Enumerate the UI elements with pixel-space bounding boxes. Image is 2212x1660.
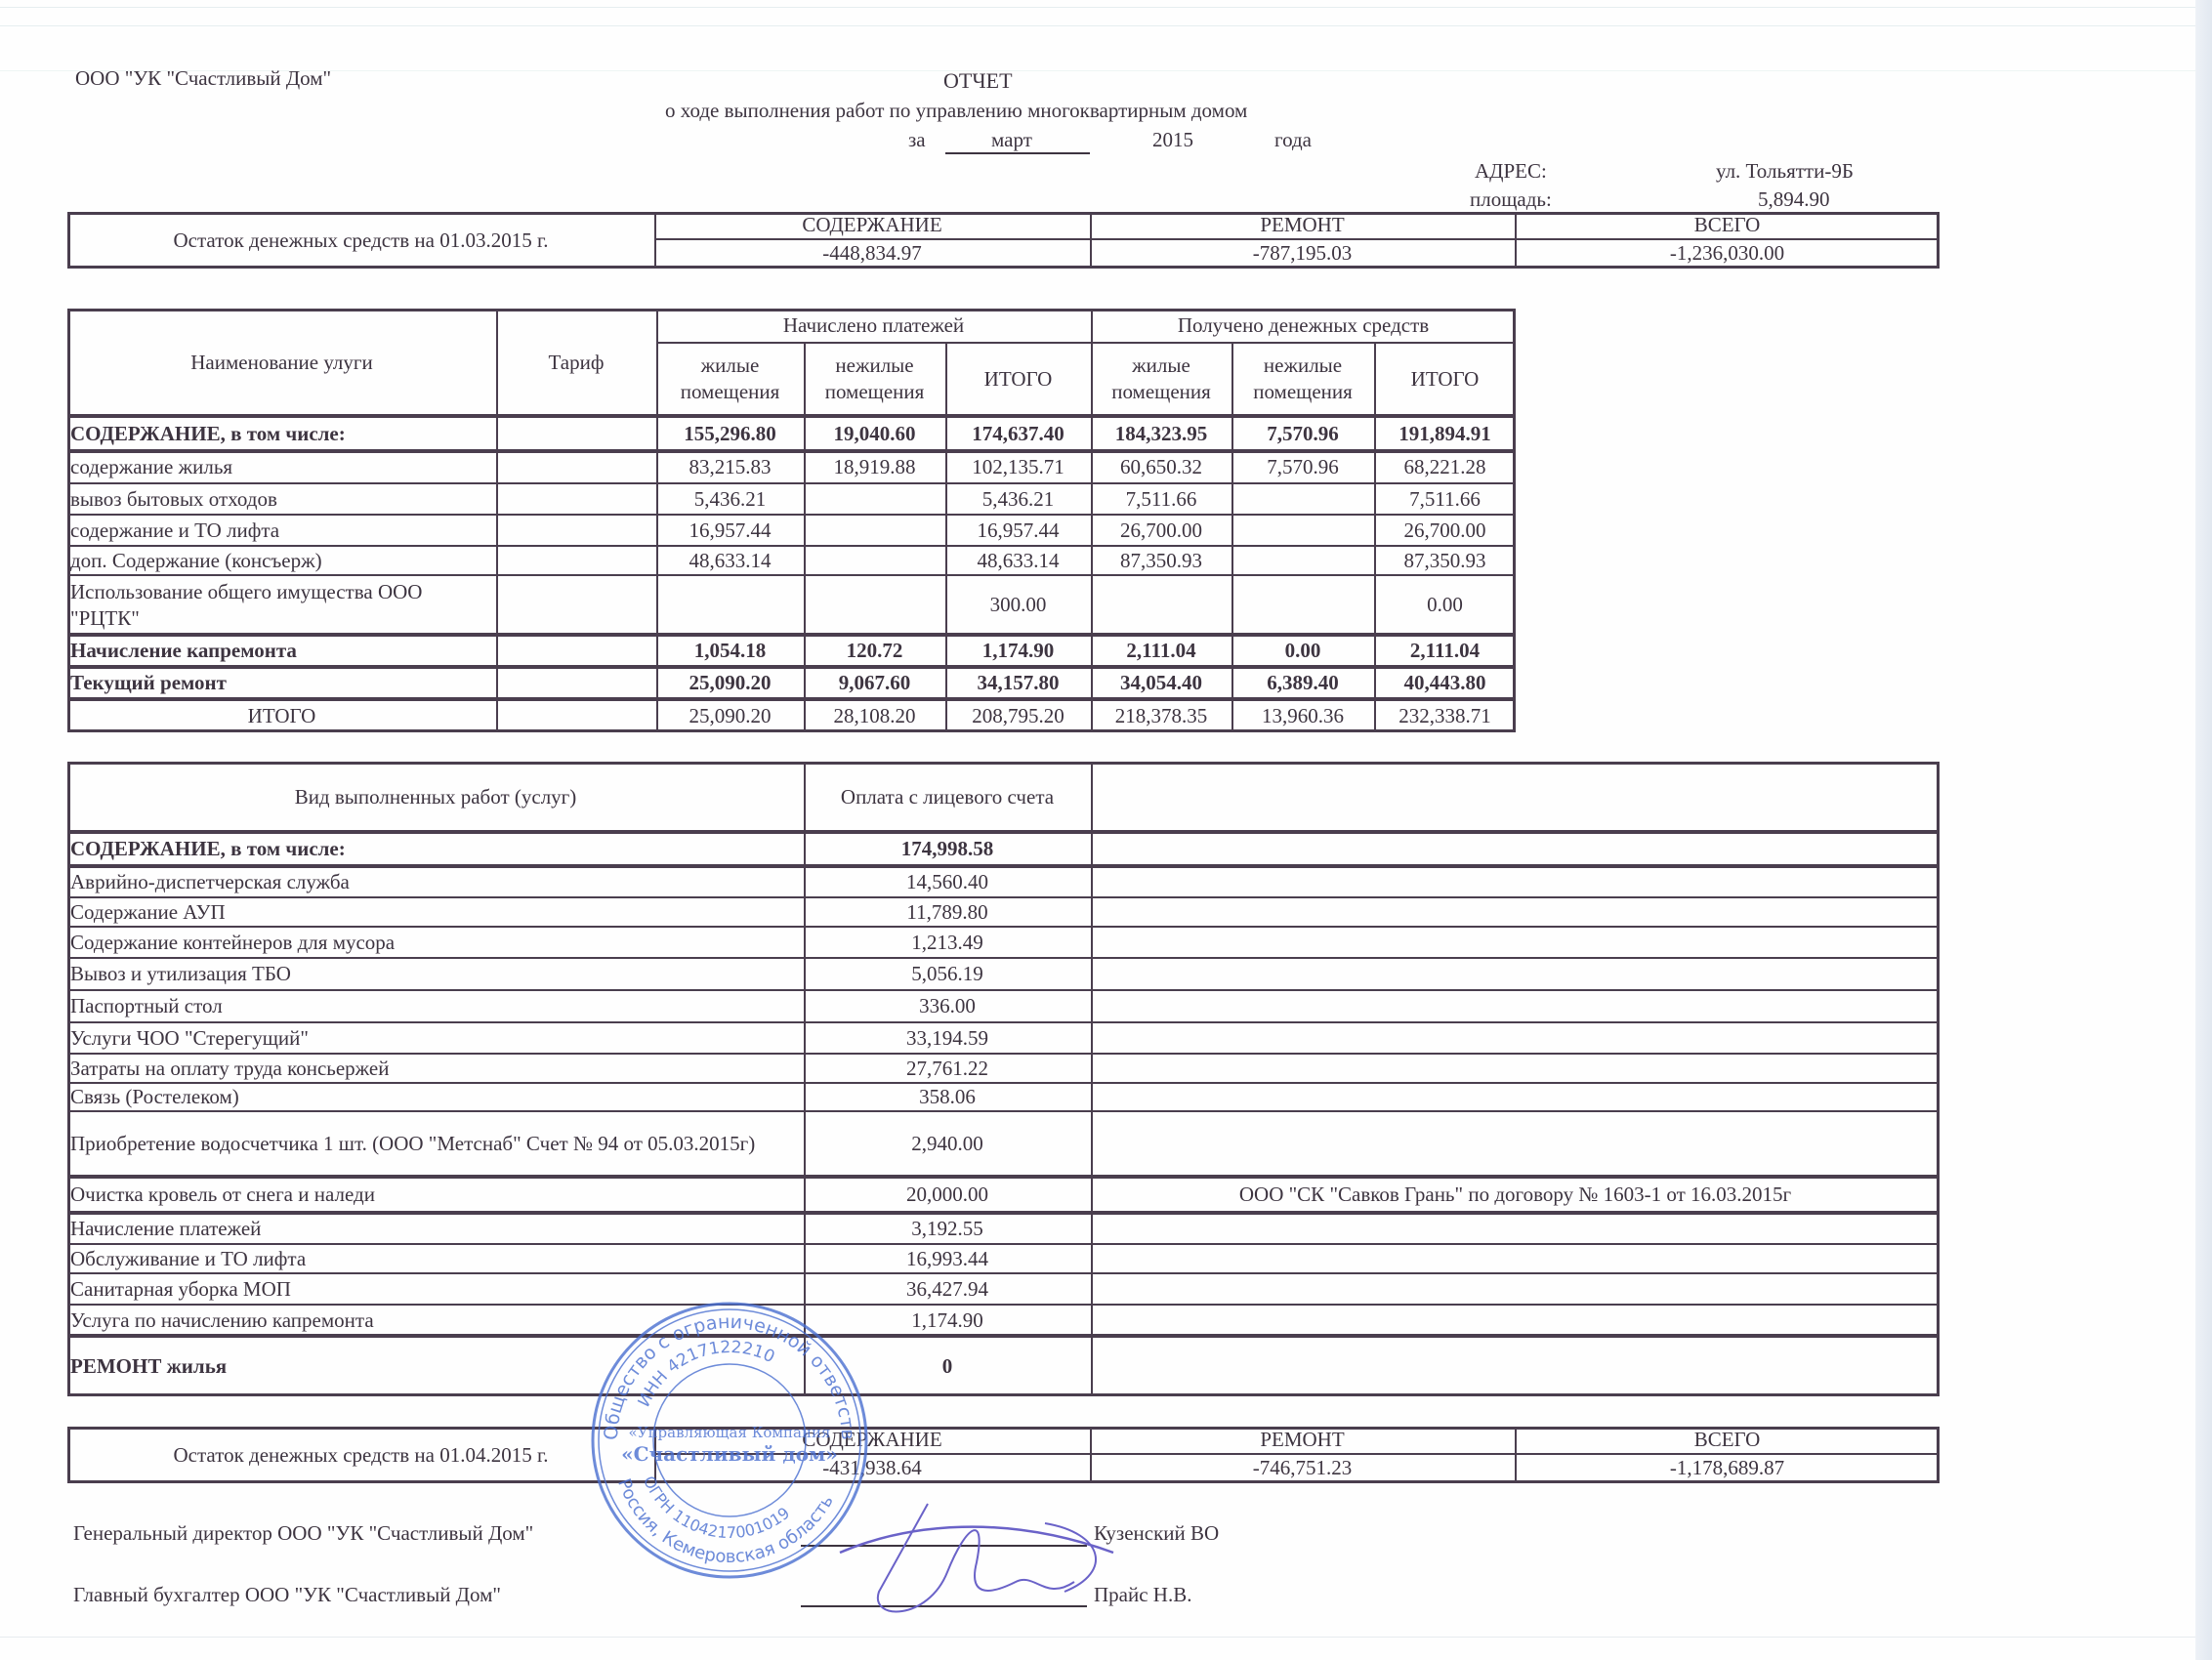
balance-label: Остаток денежных средств на 01.04.2015 г… — [67, 1427, 654, 1483]
balance-value: -746,751.23 — [1090, 1453, 1515, 1483]
work-note — [1091, 866, 1940, 897]
director-role: Генеральный директор ООО "УК "Счастливый… — [73, 1523, 533, 1544]
amount-c-res: 83,215.83 — [656, 451, 804, 483]
company-name: ООО "УК "Счастливый Дом" — [75, 68, 331, 89]
amount-r-res: 26,700.00 — [1091, 515, 1231, 546]
header-non-residential: нежилые помещения — [804, 342, 945, 416]
amount-r-non: 13,960.36 — [1231, 699, 1374, 732]
amount-c-total: 16,957.44 — [945, 515, 1091, 546]
header-total: ИТОГО — [945, 342, 1091, 416]
period-underline — [945, 152, 1090, 154]
work-note: ООО "СК "Савков Грань" по договору № 160… — [1091, 1177, 1940, 1213]
work-name: Затраты на оплату труда консьержей — [67, 1054, 804, 1083]
work-note — [1091, 1336, 1940, 1396]
work-note — [1091, 1022, 1940, 1054]
work-name: Содержание контейнеров для мусора — [67, 927, 804, 958]
amount-r-res: 184,323.95 — [1091, 416, 1231, 451]
amount-c-total: 34,157.80 — [945, 667, 1091, 699]
work-name: Очистка кровель от снега и наледи — [67, 1177, 804, 1213]
amount-c-non: 120.72 — [804, 635, 945, 667]
work-note — [1091, 1244, 1940, 1273]
work-amount: 2,940.00 — [804, 1111, 1091, 1177]
svg-text:«Счастливый дом»: «Счастливый дом» — [621, 1442, 838, 1466]
balance-column-header: ВСЕГО — [1515, 1427, 1940, 1453]
tariff-value — [496, 699, 656, 732]
amount-r-total: 2,111.04 — [1374, 635, 1516, 667]
amount-r-total: 40,443.80 — [1374, 667, 1516, 699]
header-tariff: Тариф — [496, 309, 656, 416]
work-amount: 5,056.19 — [804, 958, 1091, 990]
report-subtitle: о ходе выполнения работ по управлению мн… — [665, 101, 1247, 121]
service-name: содержание и ТО лифта — [67, 515, 496, 546]
amount-r-non — [1231, 546, 1374, 575]
work-note — [1091, 832, 1940, 866]
amount-r-total: 87,350.93 — [1374, 546, 1516, 575]
amount-r-total: 26,700.00 — [1374, 515, 1516, 546]
work-name: СОДЕРЖАНИЕ, в том числе: — [67, 832, 804, 866]
work-note — [1091, 958, 1940, 990]
work-amount: 174,998.58 — [804, 832, 1091, 866]
service-name: вывоз бытовых отходов — [67, 483, 496, 515]
tariff-value — [496, 416, 656, 451]
work-note — [1091, 1213, 1940, 1244]
service-name: СОДЕРЖАНИЕ, в том числе: — [67, 416, 496, 451]
amount-r-total: 7,511.66 — [1374, 483, 1516, 515]
work-name: Вывоз и утилизация ТБО — [67, 958, 804, 990]
work-amount: 27,761.22 — [804, 1054, 1091, 1083]
service-name: ИТОГО — [67, 699, 496, 732]
work-name: Паспортный стол — [67, 990, 804, 1022]
area-value: 5,894.90 — [1758, 189, 1830, 210]
work-amount: 336.00 — [804, 990, 1091, 1022]
work-name: Начисление платежей — [67, 1213, 804, 1244]
amount-c-total: 174,637.40 — [945, 416, 1091, 451]
scan-line — [0, 7, 2195, 8]
amount-r-non — [1231, 515, 1374, 546]
amount-c-non: 9,067.60 — [804, 667, 945, 699]
work-note — [1091, 1273, 1940, 1305]
amount-r-res: 2,111.04 — [1091, 635, 1231, 667]
balance-column-header: РЕМОНТ — [1090, 1427, 1515, 1453]
period-year: 2015 — [1152, 130, 1193, 150]
work-name: Услуги ЧОО "Стерегущий" — [67, 1022, 804, 1054]
balance-label: Остаток денежных средств на 01.03.2015 г… — [67, 212, 654, 269]
balance-value: -787,195.03 — [1090, 238, 1515, 269]
work-amount: 16,993.44 — [804, 1244, 1091, 1273]
work-amount: 3,192.55 — [804, 1213, 1091, 1244]
amount-c-non — [804, 575, 945, 635]
amount-c-non: 19,040.60 — [804, 416, 945, 451]
period-prefix: за — [908, 130, 926, 150]
header-payment: Оплата с лицевого счета — [804, 762, 1091, 832]
amount-r-non: 7,570.96 — [1231, 451, 1374, 483]
scan-line — [0, 1637, 2195, 1638]
period-suffix: года — [1274, 130, 1312, 150]
period-month: март — [991, 130, 1032, 150]
tariff-value — [496, 515, 656, 546]
amount-c-total: 5,436.21 — [945, 483, 1091, 515]
amount-r-total: 232,338.71 — [1374, 699, 1516, 732]
work-name: Содержание АУП — [67, 897, 804, 927]
area-label: площадь: — [1470, 189, 1552, 210]
amount-c-total: 1,174.90 — [945, 635, 1091, 667]
header-total: ИТОГО — [1374, 342, 1516, 416]
report-title: ОТЧЕТ — [943, 70, 1013, 92]
amount-r-res: 218,378.35 — [1091, 699, 1231, 732]
service-name: содержание жилья — [67, 451, 496, 483]
accountant-role: Главный бухгалтер ООО "УК "Счастливый До… — [73, 1585, 501, 1605]
work-name: Связь (Ростелеком) — [67, 1083, 804, 1111]
work-name: Приобретение водосчетчика 1 шт. (ООО "Ме… — [67, 1111, 804, 1177]
work-amount: 358.06 — [804, 1083, 1091, 1111]
tariff-value — [496, 546, 656, 575]
amount-r-total: 68,221.28 — [1374, 451, 1516, 483]
work-amount: 14,560.40 — [804, 866, 1091, 897]
balance-value: -448,834.97 — [654, 238, 1090, 269]
amount-c-res: 155,296.80 — [656, 416, 804, 451]
work-name: Аврийно-диспетчерская служба — [67, 866, 804, 897]
amount-c-total: 102,135.71 — [945, 451, 1091, 483]
service-name: доп. Содержание (консъерж) — [67, 546, 496, 575]
tariff-value — [496, 635, 656, 667]
work-note — [1091, 1054, 1940, 1083]
header-non-residential: нежилые помещения — [1231, 342, 1374, 416]
work-note — [1091, 897, 1940, 927]
amount-r-total: 0.00 — [1374, 575, 1516, 635]
address-label: АДРЕС: — [1475, 161, 1547, 182]
amount-r-res: 60,650.32 — [1091, 451, 1231, 483]
amount-r-non: 0.00 — [1231, 635, 1374, 667]
header-service: Наименование улуги — [67, 309, 496, 416]
tariff-value — [496, 483, 656, 515]
tariff-value — [496, 575, 656, 635]
work-note — [1091, 1083, 1940, 1111]
work-note — [1091, 1111, 1940, 1177]
amount-c-non — [804, 546, 945, 575]
amount-c-res: 5,436.21 — [656, 483, 804, 515]
scan-edge — [2195, 0, 2212, 1660]
work-note — [1091, 1305, 1940, 1336]
tariff-value — [496, 451, 656, 483]
amount-r-res — [1091, 575, 1231, 635]
work-amount: 11,789.80 — [804, 897, 1091, 927]
amount-c-total: 300.00 — [945, 575, 1091, 635]
header-residential: жилые помещения — [1091, 342, 1231, 416]
svg-text:«Управляющая Компания: «Управляющая Компания — [629, 1424, 831, 1441]
amount-c-res: 16,957.44 — [656, 515, 804, 546]
amount-c-non: 28,108.20 — [804, 699, 945, 732]
svg-text:Общество с ограниченной ответс: Общество с ограниченной ответственностью — [588, 1299, 858, 1440]
balance-value: -1,178,689.87 — [1515, 1453, 1940, 1483]
work-note — [1091, 990, 1940, 1022]
scan-line — [0, 25, 2195, 26]
work-amount: 1,213.49 — [804, 927, 1091, 958]
header-received: Получено денежных средств — [1091, 309, 1516, 342]
work-amount: 20,000.00 — [804, 1177, 1091, 1213]
amount-r-non — [1231, 483, 1374, 515]
balance-column-header: СОДЕРЖАНИЕ — [654, 212, 1090, 238]
balance-column-header: РЕМОНТ — [1090, 212, 1515, 238]
header-note — [1091, 762, 1940, 832]
amount-c-res — [656, 575, 804, 635]
header-work: Вид выполненных работ (услуг) — [67, 762, 804, 832]
service-name: Текущий ремонт — [67, 667, 496, 699]
work-name: Обслуживание и ТО лифта — [67, 1244, 804, 1273]
service-name: Начисление капремонта — [67, 635, 496, 667]
balance-value: -1,236,030.00 — [1515, 238, 1940, 269]
amount-c-res: 1,054.18 — [656, 635, 804, 667]
header-residential: жилые помещения — [656, 342, 804, 416]
amount-c-res: 25,090.20 — [656, 699, 804, 732]
amount-r-res: 7,511.66 — [1091, 483, 1231, 515]
header-charged: Начислено платежей — [656, 309, 1091, 342]
signature-icon — [820, 1484, 1133, 1631]
amount-c-non — [804, 483, 945, 515]
address-value: ул. Тольятти-9Б — [1716, 161, 1854, 182]
amount-c-total: 208,795.20 — [945, 699, 1091, 732]
amount-c-non: 18,919.88 — [804, 451, 945, 483]
amount-r-non — [1231, 575, 1374, 635]
amount-c-non — [804, 515, 945, 546]
work-note — [1091, 927, 1940, 958]
amount-r-total: 191,894.91 — [1374, 416, 1516, 451]
amount-c-res: 25,090.20 — [656, 667, 804, 699]
balance-column-header: ВСЕГО — [1515, 212, 1940, 238]
amount-c-res: 48,633.14 — [656, 546, 804, 575]
amount-r-res: 87,350.93 — [1091, 546, 1231, 575]
work-amount: 33,194.59 — [804, 1022, 1091, 1054]
tariff-value — [496, 667, 656, 699]
amount-r-res: 34,054.40 — [1091, 667, 1231, 699]
amount-c-total: 48,633.14 — [945, 546, 1091, 575]
service-name: Использование общего имущества ООО "РЦТК… — [67, 575, 496, 635]
amount-r-non: 6,389.40 — [1231, 667, 1374, 699]
amount-r-non: 7,570.96 — [1231, 416, 1374, 451]
